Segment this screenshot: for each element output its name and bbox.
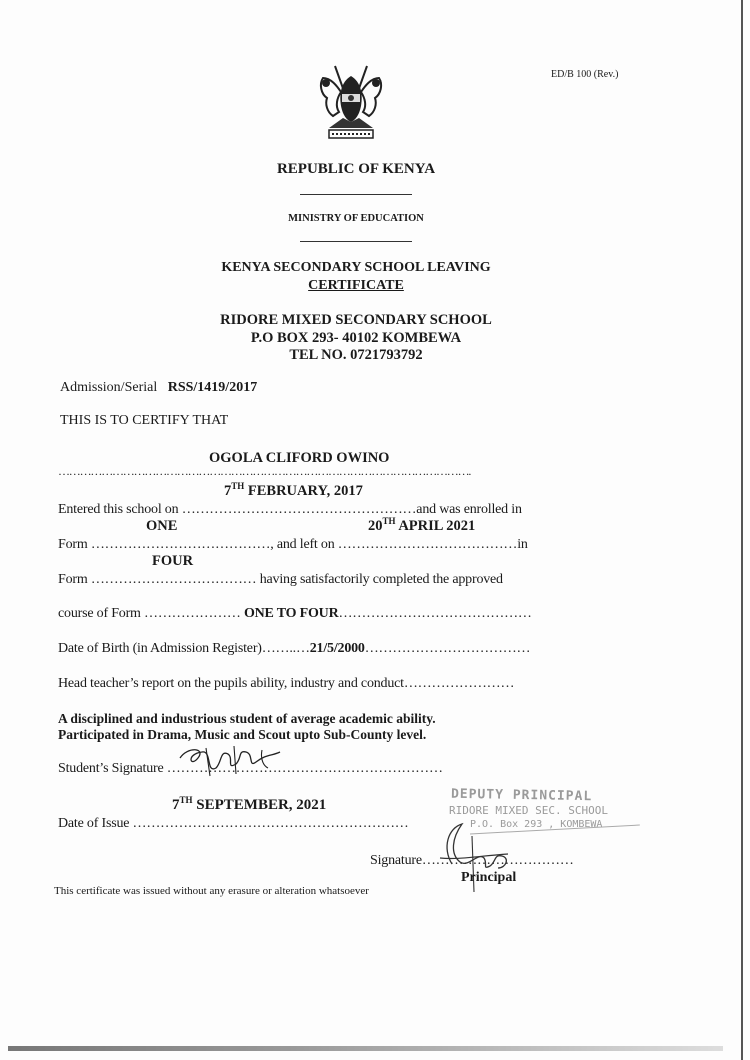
report-line: Head teacher’s report on the pupils abil… — [58, 676, 514, 692]
stamp-title: DEPUTY PRINCIPAL — [451, 787, 592, 804]
school-address: P.O BOX 293- 40102 KOMBEWA — [150, 330, 562, 347]
scan-edge-bottom — [8, 1046, 723, 1051]
left-form-line: Form ……………………………… having satisfactorily … — [58, 572, 503, 588]
dob-line: Date of Birth (in Admission Register)…….… — [58, 641, 530, 657]
admission-label: Admission/Serial — [60, 380, 157, 395]
ministry-title: MINISTRY OF EDUCATION — [200, 213, 512, 224]
dob-value: 21/5/2000 — [310, 641, 365, 656]
certificate-title-line2: CERTIFICATE — [150, 278, 562, 294]
student-name-dotted-line: ……………………………………………………………………………………………………. — [58, 464, 573, 479]
form-code: ED/B 100 (Rev.) — [551, 69, 618, 80]
stamp-school: RIDORE MIXED SEC. SCHOOL — [449, 804, 608, 817]
course-line: course of Form ………………… ONE TO FOUR………………… — [58, 606, 532, 622]
entered-line: Entered this school on ……………………………………………… — [58, 502, 522, 518]
principal-role: Principal — [461, 870, 516, 886]
issue-date: 7TH SEPTEMBER, 2021 — [172, 797, 326, 814]
divider — [300, 241, 412, 242]
school-name: RIDORE MIXED SECONDARY SCHOOL — [150, 312, 562, 329]
school-tel: TEL NO. 0721793792 — [150, 347, 562, 364]
report-text-line2: Participated in Drama, Music and Scout u… — [58, 727, 426, 743]
issue-date-line: Date of Issue …………………………………………………… — [58, 816, 409, 832]
left-date: 20TH APRIL 2021 — [368, 518, 475, 535]
course-value: ONE TO FOUR — [244, 606, 339, 621]
country-title: REPUBLIC OF KENYA — [200, 161, 512, 178]
entered-date: 7TH FEBRUARY, 2017 — [224, 483, 363, 500]
scan-edge-right — [741, 0, 743, 1060]
report-text-line1: A disciplined and industrious student of… — [58, 711, 436, 727]
enrolled-form-value: ONE — [146, 518, 177, 535]
certificate-page: ED/B 100 (Rev.) REPUBLIC OF KENYA MINIST… — [0, 0, 750, 1060]
certify-text: THIS IS TO CERTIFY THAT — [60, 413, 228, 429]
admission-row: Admission/Serial RSS/1419/2017 — [60, 380, 257, 396]
enrolled-line: Form …………………………………, and left on ……………………… — [58, 537, 528, 553]
admission-value: RSS/1419/2017 — [168, 380, 257, 395]
footer-note: This certificate was issued without any … — [54, 885, 369, 897]
certificate-title-line1: KENYA SECONDARY SCHOOL LEAVING — [150, 260, 562, 276]
left-form-value: FOUR — [152, 553, 193, 570]
kenya-coat-of-arms-icon — [315, 64, 387, 144]
divider — [300, 194, 412, 195]
student-signature-scribble — [176, 744, 286, 780]
